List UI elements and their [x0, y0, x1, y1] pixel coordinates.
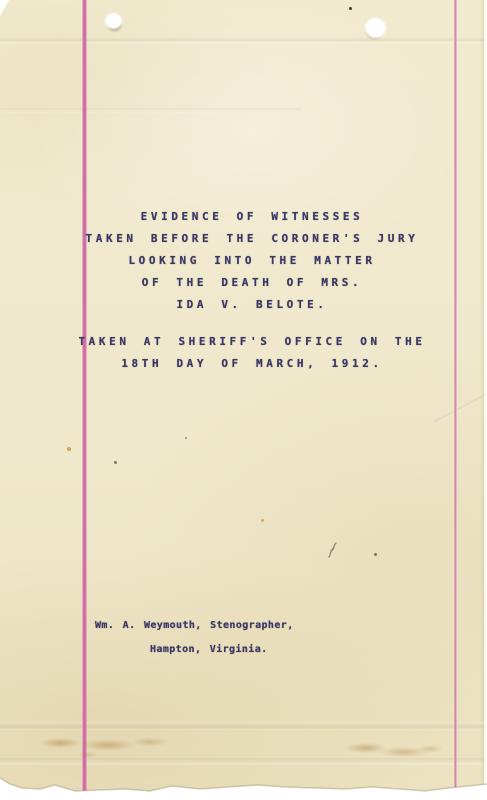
punch-hole-right — [366, 19, 385, 37]
paper-crease-bottom — [0, 758, 487, 765]
title-line: IDA V. BELOTE. — [17, 294, 487, 316]
punch-hole-left — [106, 14, 121, 28]
document-venue: TAKEN AT SHERIFF'S OFFICE ON THE 18TH DA… — [17, 331, 487, 375]
torn-bottom-edge — [0, 770, 487, 800]
paper-crease-upper — [0, 108, 302, 113]
bottom-left-stain — [38, 730, 178, 760]
ink-speck — [185, 437, 187, 439]
pencil-squiggle-mark — [326, 542, 340, 558]
paper-crease-top — [0, 37, 487, 44]
title-line: LOOKING INTO THE MATTER — [17, 250, 487, 272]
paper-top-left-corner — [0, 0, 9, 16]
paper-crease-diagonal — [434, 383, 487, 424]
bottom-right-stain — [338, 738, 443, 764]
foxing-speck — [261, 519, 264, 522]
venue-line: TAKEN AT SHERIFF'S OFFICE ON THE — [17, 331, 487, 353]
stenographer-note: Wm. A. Weymouth, Stenographer, Hampton, … — [95, 614, 294, 662]
title-line: EVIDENCE OF WITNESSES — [17, 206, 487, 228]
stenographer-line: Wm. A. Weymouth, Stenographer, — [95, 614, 294, 638]
title-line: TAKEN BEFORE THE CORONER'S JURY — [17, 228, 487, 250]
venue-line: 18TH DAY OF MARCH, 1912. — [17, 353, 487, 375]
document-title: EVIDENCE OF WITNESSES TAKEN BEFORE THE C… — [17, 206, 487, 316]
title-line: OF THE DEATH OF MRS. — [17, 272, 487, 294]
foxing-speck — [67, 447, 71, 451]
ink-speck — [114, 461, 117, 464]
scanned-document-page: EVIDENCE OF WITNESSES TAKEN BEFORE THE C… — [0, 0, 487, 800]
left-margin-rule — [82, 0, 87, 800]
paper-sheet: EVIDENCE OF WITNESSES TAKEN BEFORE THE C… — [0, 0, 487, 800]
stenographer-line: Hampton, Virginia. — [150, 638, 294, 662]
paper-crease-lower — [0, 722, 487, 730]
ink-speck — [374, 553, 377, 556]
ink-speck — [349, 7, 352, 10]
right-margin-rule — [454, 0, 457, 800]
